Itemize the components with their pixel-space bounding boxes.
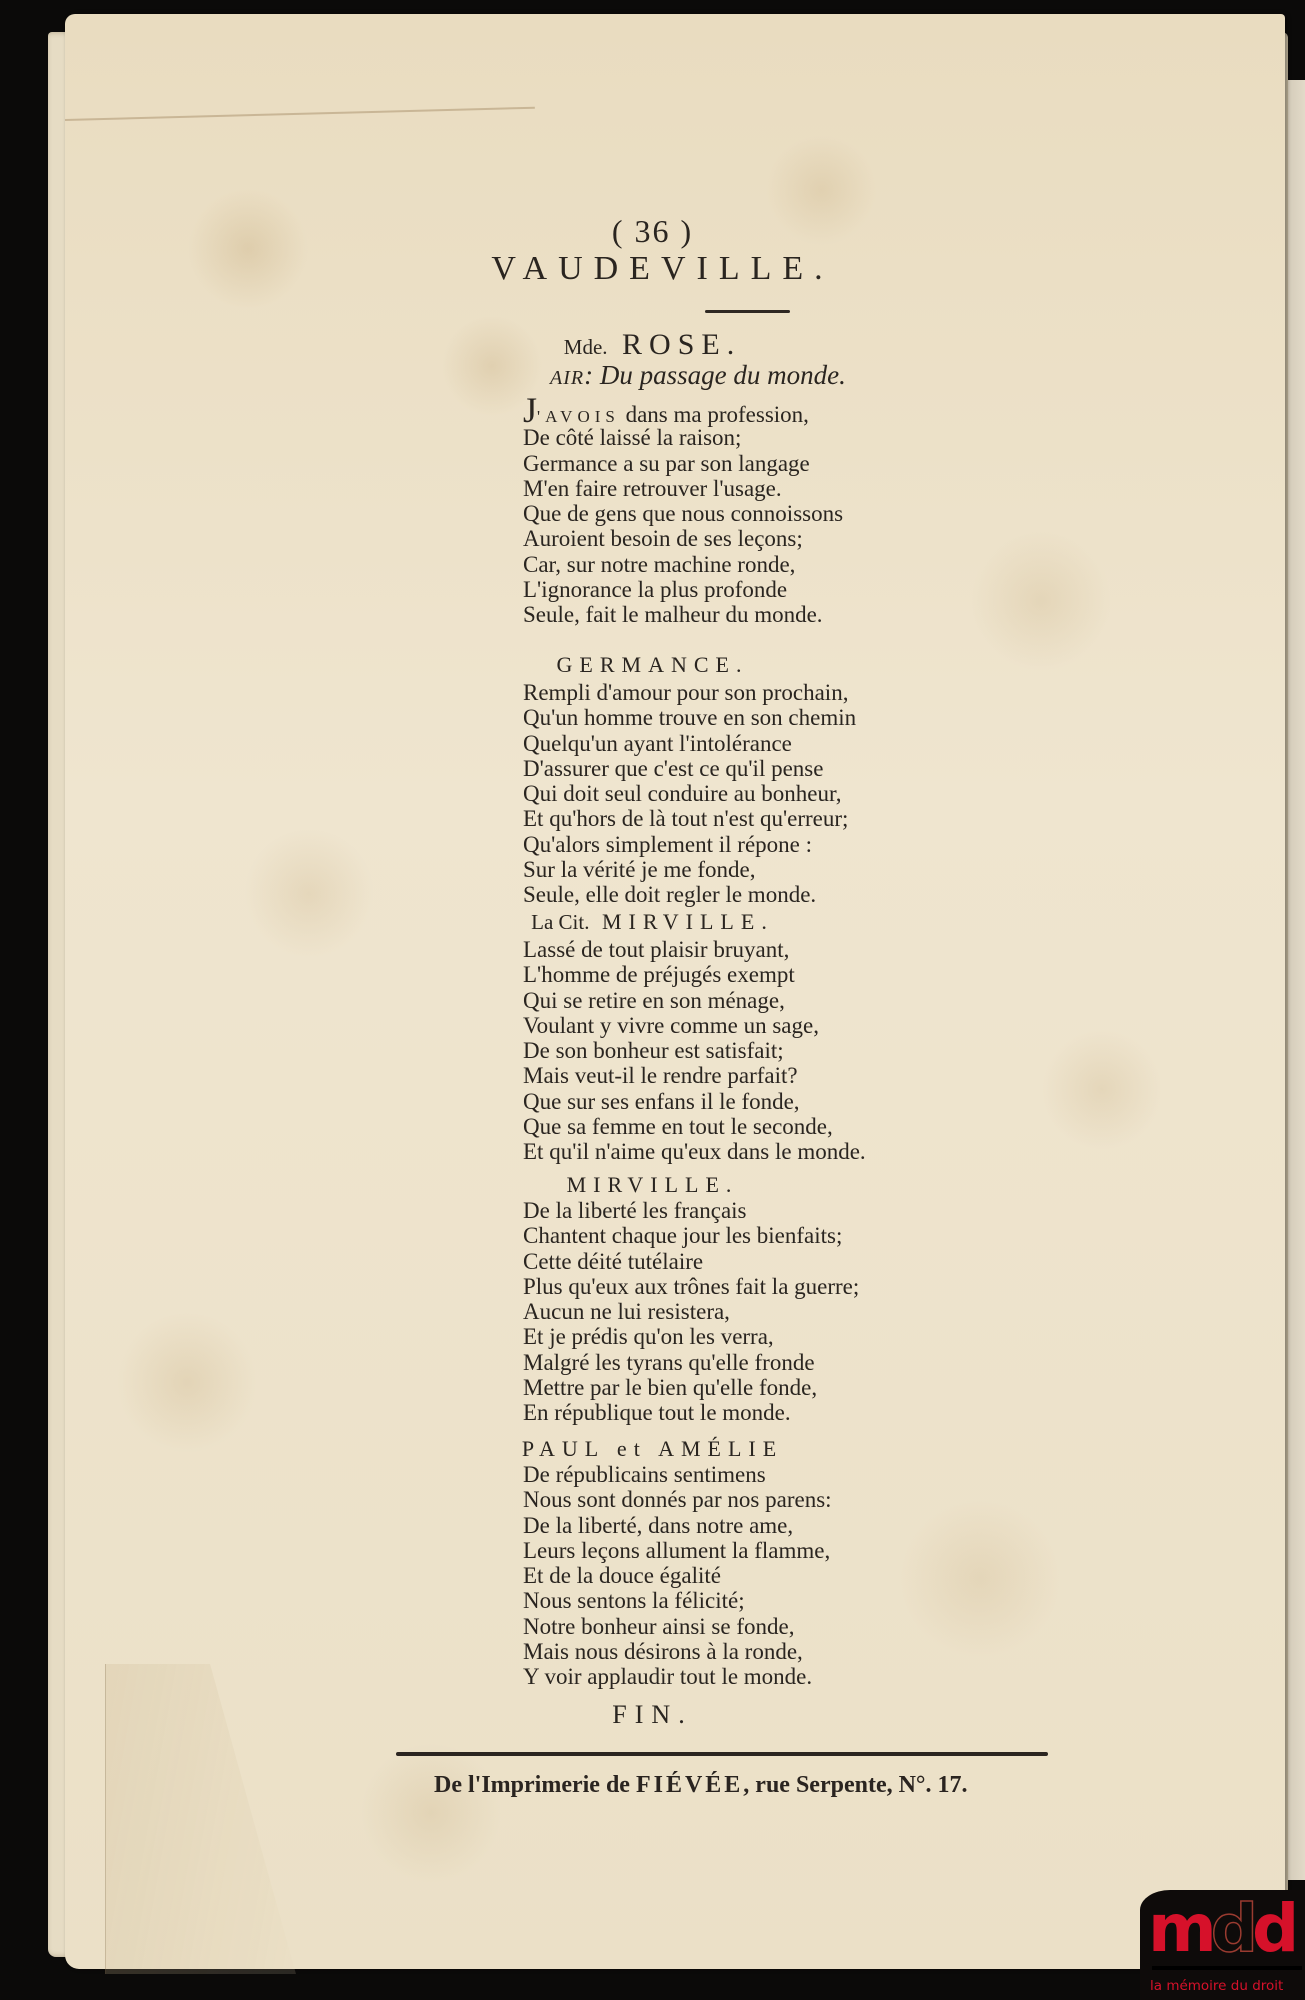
verse-line: Nous sont donnés par nos parens: <box>523 1487 832 1512</box>
verse-line: Seule, elle doit regler le monde. <box>523 882 856 907</box>
air-label: AIR <box>550 367 584 389</box>
stanza-mirville: De la liberté les français Chantent chaq… <box>523 1198 859 1426</box>
verse-line: J'AVOIS dans ma profession, <box>523 400 843 425</box>
verse-line: Qui doit seul conduire au bonheur, <box>523 781 856 806</box>
verse-line: Et qu'il n'aime qu'eux dans le monde. <box>523 1139 866 1164</box>
colophon-rule <box>396 1752 1048 1756</box>
colophon-prefix: De l'Imprimerie de <box>434 1772 636 1798</box>
verse-line: Que sur ses enfans il le fonde, <box>523 1089 866 1114</box>
air-heading: AIR: Du passage du monde. <box>550 360 846 391</box>
drop-cap: J <box>523 390 537 430</box>
verse-line: Y voir applaudir tout le monde. <box>523 1664 832 1689</box>
first-word: 'AVOIS <box>537 407 620 426</box>
verse-line: Chantent chaque jour les bienfaits; <box>523 1223 859 1248</box>
mdd-logo: mdd <box>1148 1896 1293 1962</box>
verse-line: Quelqu'un ayant l'intolérance <box>523 731 856 756</box>
verse-line: Rempli d'amour pour son prochain, <box>523 680 856 705</box>
verse-line: Mettre par le bien qu'elle fonde, <box>523 1375 859 1400</box>
verse-line: De son bonheur est satisfait; <box>523 1038 866 1063</box>
singer-heading: Mde. ROSE. <box>0 328 1305 362</box>
verse-line: Notre bonheur ainsi se fonde, <box>523 1614 832 1639</box>
logo-letter-m: m <box>1148 1890 1211 1967</box>
verse-line: L'homme de préjugés exempt <box>523 962 866 987</box>
verse-line: L'ignorance la plus profonde <box>523 577 843 602</box>
title-rule <box>705 310 790 313</box>
verse-line: Plus qu'eux aux trônes fait la guerre; <box>523 1274 859 1299</box>
air-title: : Du passage du monde. <box>584 360 846 390</box>
printer-name: FIÉVÉE <box>636 1772 743 1798</box>
verse-line: Cette déité tutélaire <box>523 1249 859 1274</box>
verse-line: Leurs leçons allument la flamme, <box>523 1538 832 1563</box>
page-number: ( 36 ) <box>0 213 1305 250</box>
printer-colophon: De l'Imprimerie de FIÉVÉE, rue Serpente,… <box>434 1772 968 1799</box>
verse-line: Que de gens que nous connoissons <box>523 501 843 526</box>
singer-heading: MIRVILLE. <box>0 1172 1305 1198</box>
verse-line: Mais veut-il le rendre parfait? <box>523 1063 866 1088</box>
singer-name: PAUL et AMÉLIE <box>522 1436 783 1461</box>
colophon-address: , rue Serpente, N°. 17. <box>743 1772 967 1798</box>
verse-line: M'en faire retrouver l'usage. <box>523 476 843 501</box>
verse-line: D'assurer que c'est ce qu'il pense <box>523 756 856 781</box>
verse-line: En république tout le monde. <box>523 1400 859 1425</box>
verse-line: Et de la douce égalité <box>523 1563 832 1588</box>
stanza-cit-mirville: Lassé de tout plaisir bruyant, L'homme d… <box>523 937 866 1165</box>
verse-line: Et je prédis qu'on les verra, <box>523 1324 859 1349</box>
stanza-rose: J'AVOIS dans ma profession, De côté lais… <box>523 400 843 628</box>
verse-line: Qui se retire en son ménage, <box>523 988 866 1013</box>
verse-line: De la liberté, dans notre ame, <box>523 1513 832 1538</box>
verse-line: Auroient besoin de ses leçons; <box>523 526 843 551</box>
paper-crease <box>65 107 535 121</box>
singer-heading: La Cit. MIRVILLE. <box>0 909 1305 935</box>
verse-line: Nous sentons la félicité; <box>523 1588 832 1613</box>
stanza-paul-amelie: De républicains sentimens Nous sont donn… <box>523 1462 832 1690</box>
stanza-germance: Rempli d'amour pour son prochain, Qu'un … <box>523 680 856 908</box>
verse-line: Malgré les tyrans qu'elle fronde <box>523 1350 859 1375</box>
verse-line: Voulant y vivre comme un sage, <box>523 1013 866 1038</box>
verse-line: De la liberté les français <box>523 1198 859 1223</box>
logo-letter-d-outline: d <box>1211 1890 1252 1967</box>
verse-line: Qu'un homme trouve en son chemin <box>523 705 856 730</box>
logo-tagline: la mémoire du droit <box>1150 1978 1283 1994</box>
verse-line: Seule, fait le malheur du monde. <box>523 602 843 627</box>
singer-heading: PAUL et AMÉLIE <box>0 1436 1305 1462</box>
singer-prefix: Mde. <box>564 335 608 359</box>
singer-name: ROSE. <box>622 328 741 361</box>
verse-line: Car, sur notre machine ronde, <box>523 552 843 577</box>
singer-prefix: La Cit. <box>531 910 589 934</box>
verse-line: Que sa femme en tout le seconde, <box>523 1114 866 1139</box>
verse-line: Lassé de tout plaisir bruyant, <box>523 937 866 962</box>
verse-line: Mais nous désirons à la ronde, <box>523 1639 832 1664</box>
singer-name: GERMANCE. <box>557 652 749 677</box>
page-title: VAUDEVILLE. <box>0 250 1305 288</box>
logo-underline <box>1152 1966 1302 1970</box>
logo-letter-d: d <box>1252 1890 1293 1967</box>
singer-name: MIRVILLE. <box>602 909 774 934</box>
singer-name: MIRVILLE. <box>567 1172 739 1197</box>
singer-heading: GERMANCE. <box>0 652 1305 678</box>
verse-line: Aucun ne lui resistera, <box>523 1299 859 1324</box>
verse-line: Sur la vérité je me fonde, <box>523 857 856 882</box>
verse-line: De républicains sentimens <box>523 1462 832 1487</box>
verse-line: De côté laissé la raison; <box>523 425 843 450</box>
verse-line: Qu'alors simplement il répone : <box>523 832 856 857</box>
verse-line: Germance a su par son langage <box>523 451 843 476</box>
verse-line: Et qu'hors de là tout n'est qu'erreur; <box>523 806 856 831</box>
fin-heading: FIN. <box>0 1700 1305 1730</box>
